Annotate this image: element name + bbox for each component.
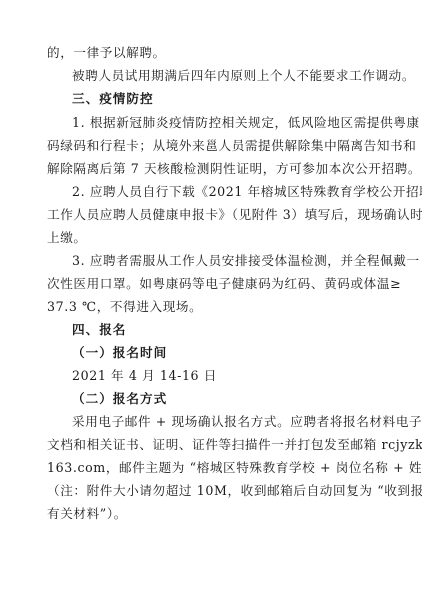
text-line: 文档和相关证书、证明、证件等扫描件一并打包发至邮箱 rcjyzk@ <box>47 437 377 453</box>
text-line: （注：附件大小请勿超过 10M，收到邮箱后自动回复为 “收到报名 <box>47 483 377 499</box>
text-line: 被聘人员试用期满后四年内原则上个人不能要求工作调动。 <box>72 68 402 84</box>
text-line: 2. 应聘人员自行下载《2021 年榕城区特殊教育学校公开招聘 <box>72 184 402 200</box>
text-line: 上缴。 <box>47 230 377 246</box>
section-heading: 三、疫情防控 <box>72 91 402 107</box>
text-line: 2021 年 4 月 14-16 日 <box>72 368 402 384</box>
text-line: 采用电子邮件 + 现场确认报名方式。应聘者将报名材料电子 <box>72 414 402 430</box>
text-line: 次性医用口罩。如粤康码等电子健康码为红码、黄码或体温≥ <box>47 276 377 292</box>
text-line: 码绿码和行程卡；从境外来邕人员需提供解除集中隔离告知书和 <box>47 138 377 154</box>
text-line: 163.com，邮件主题为 “榕城区特殊教育学校 + 岗位名称 + 姓名” <box>47 460 377 476</box>
document-page: 的，一律予以解聘。 被聘人员试用期满后四年内原则上个人不能要求工作调动。 三、疫… <box>0 0 422 597</box>
text-line: 1. 根据新冠肺炎疫情防控相关规定，低风险地区需提供粤康 <box>72 115 402 131</box>
text-line: 有关材料”）。 <box>47 506 377 522</box>
text-line: 3. 应聘者需服从工作人员安排接受体温检测，并全程佩戴一 <box>72 253 402 269</box>
section-heading: 四、报名 <box>72 322 402 338</box>
text-line: 工作人员应聘人员健康申报卡》（见附件 3）填写后，现场确认时 <box>47 207 377 223</box>
subsection-heading: （二）报名方式 <box>72 391 402 407</box>
subsection-heading: （一）报名时间 <box>72 345 402 361</box>
text-line: 的，一律予以解聘。 <box>47 45 377 61</box>
text-line: 解除隔离后第 7 天核酸检测阴性证明，方可参加本次公开招聘。 <box>47 161 377 177</box>
text-line: 37.3 ℃，不得进入现场。 <box>47 299 377 315</box>
